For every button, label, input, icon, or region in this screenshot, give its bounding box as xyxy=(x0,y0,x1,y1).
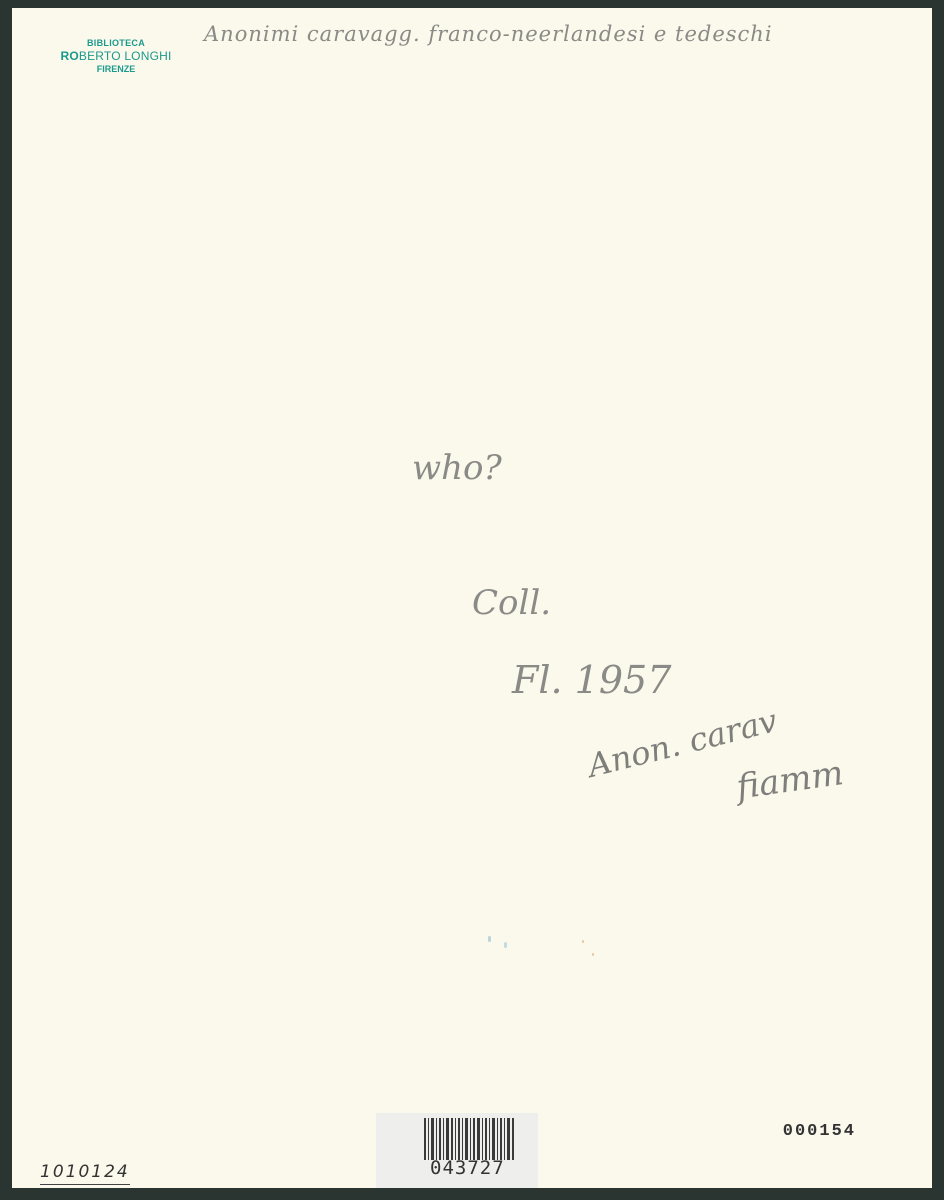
library-stamp: BIBLIOTECA ROBERTO LONGHI FIRENZE xyxy=(56,38,176,76)
stain-speck xyxy=(582,940,584,943)
handwritten-who-note: who? xyxy=(412,448,502,488)
stamped-inventory-number: 000154 xyxy=(783,1122,856,1141)
handwritten-inventory-number: 1010124 xyxy=(40,1162,130,1185)
handwritten-date-note: Fl. 1957 xyxy=(512,658,671,702)
barcode-label: 043727 xyxy=(376,1113,538,1188)
stamp-line-firenze: FIRENZE xyxy=(56,64,176,75)
photo-back-card: BIBLIOTECA ROBERTO LONGHI FIRENZE Anonim… xyxy=(12,8,932,1188)
stain-speck xyxy=(504,942,507,948)
stamp-name: BERTO LONGHI xyxy=(79,49,172,63)
handwritten-collection-note: Coll. xyxy=(472,583,551,623)
barcode-number: 043727 xyxy=(430,1157,505,1179)
handwritten-attribution-note-2: fiamm xyxy=(734,753,846,808)
stain-speck xyxy=(488,936,491,942)
handwritten-category-note: Anonimi caravagg. franco-neerlandesi e t… xyxy=(204,22,773,46)
stain-speck xyxy=(592,953,594,956)
stamp-line-roberto-longhi: ROBERTO LONGHI xyxy=(56,49,176,64)
stamp-line-biblioteca: BIBLIOTECA xyxy=(56,38,176,49)
barcode-bars xyxy=(424,1118,524,1160)
stamp-initial: RO xyxy=(60,49,78,63)
